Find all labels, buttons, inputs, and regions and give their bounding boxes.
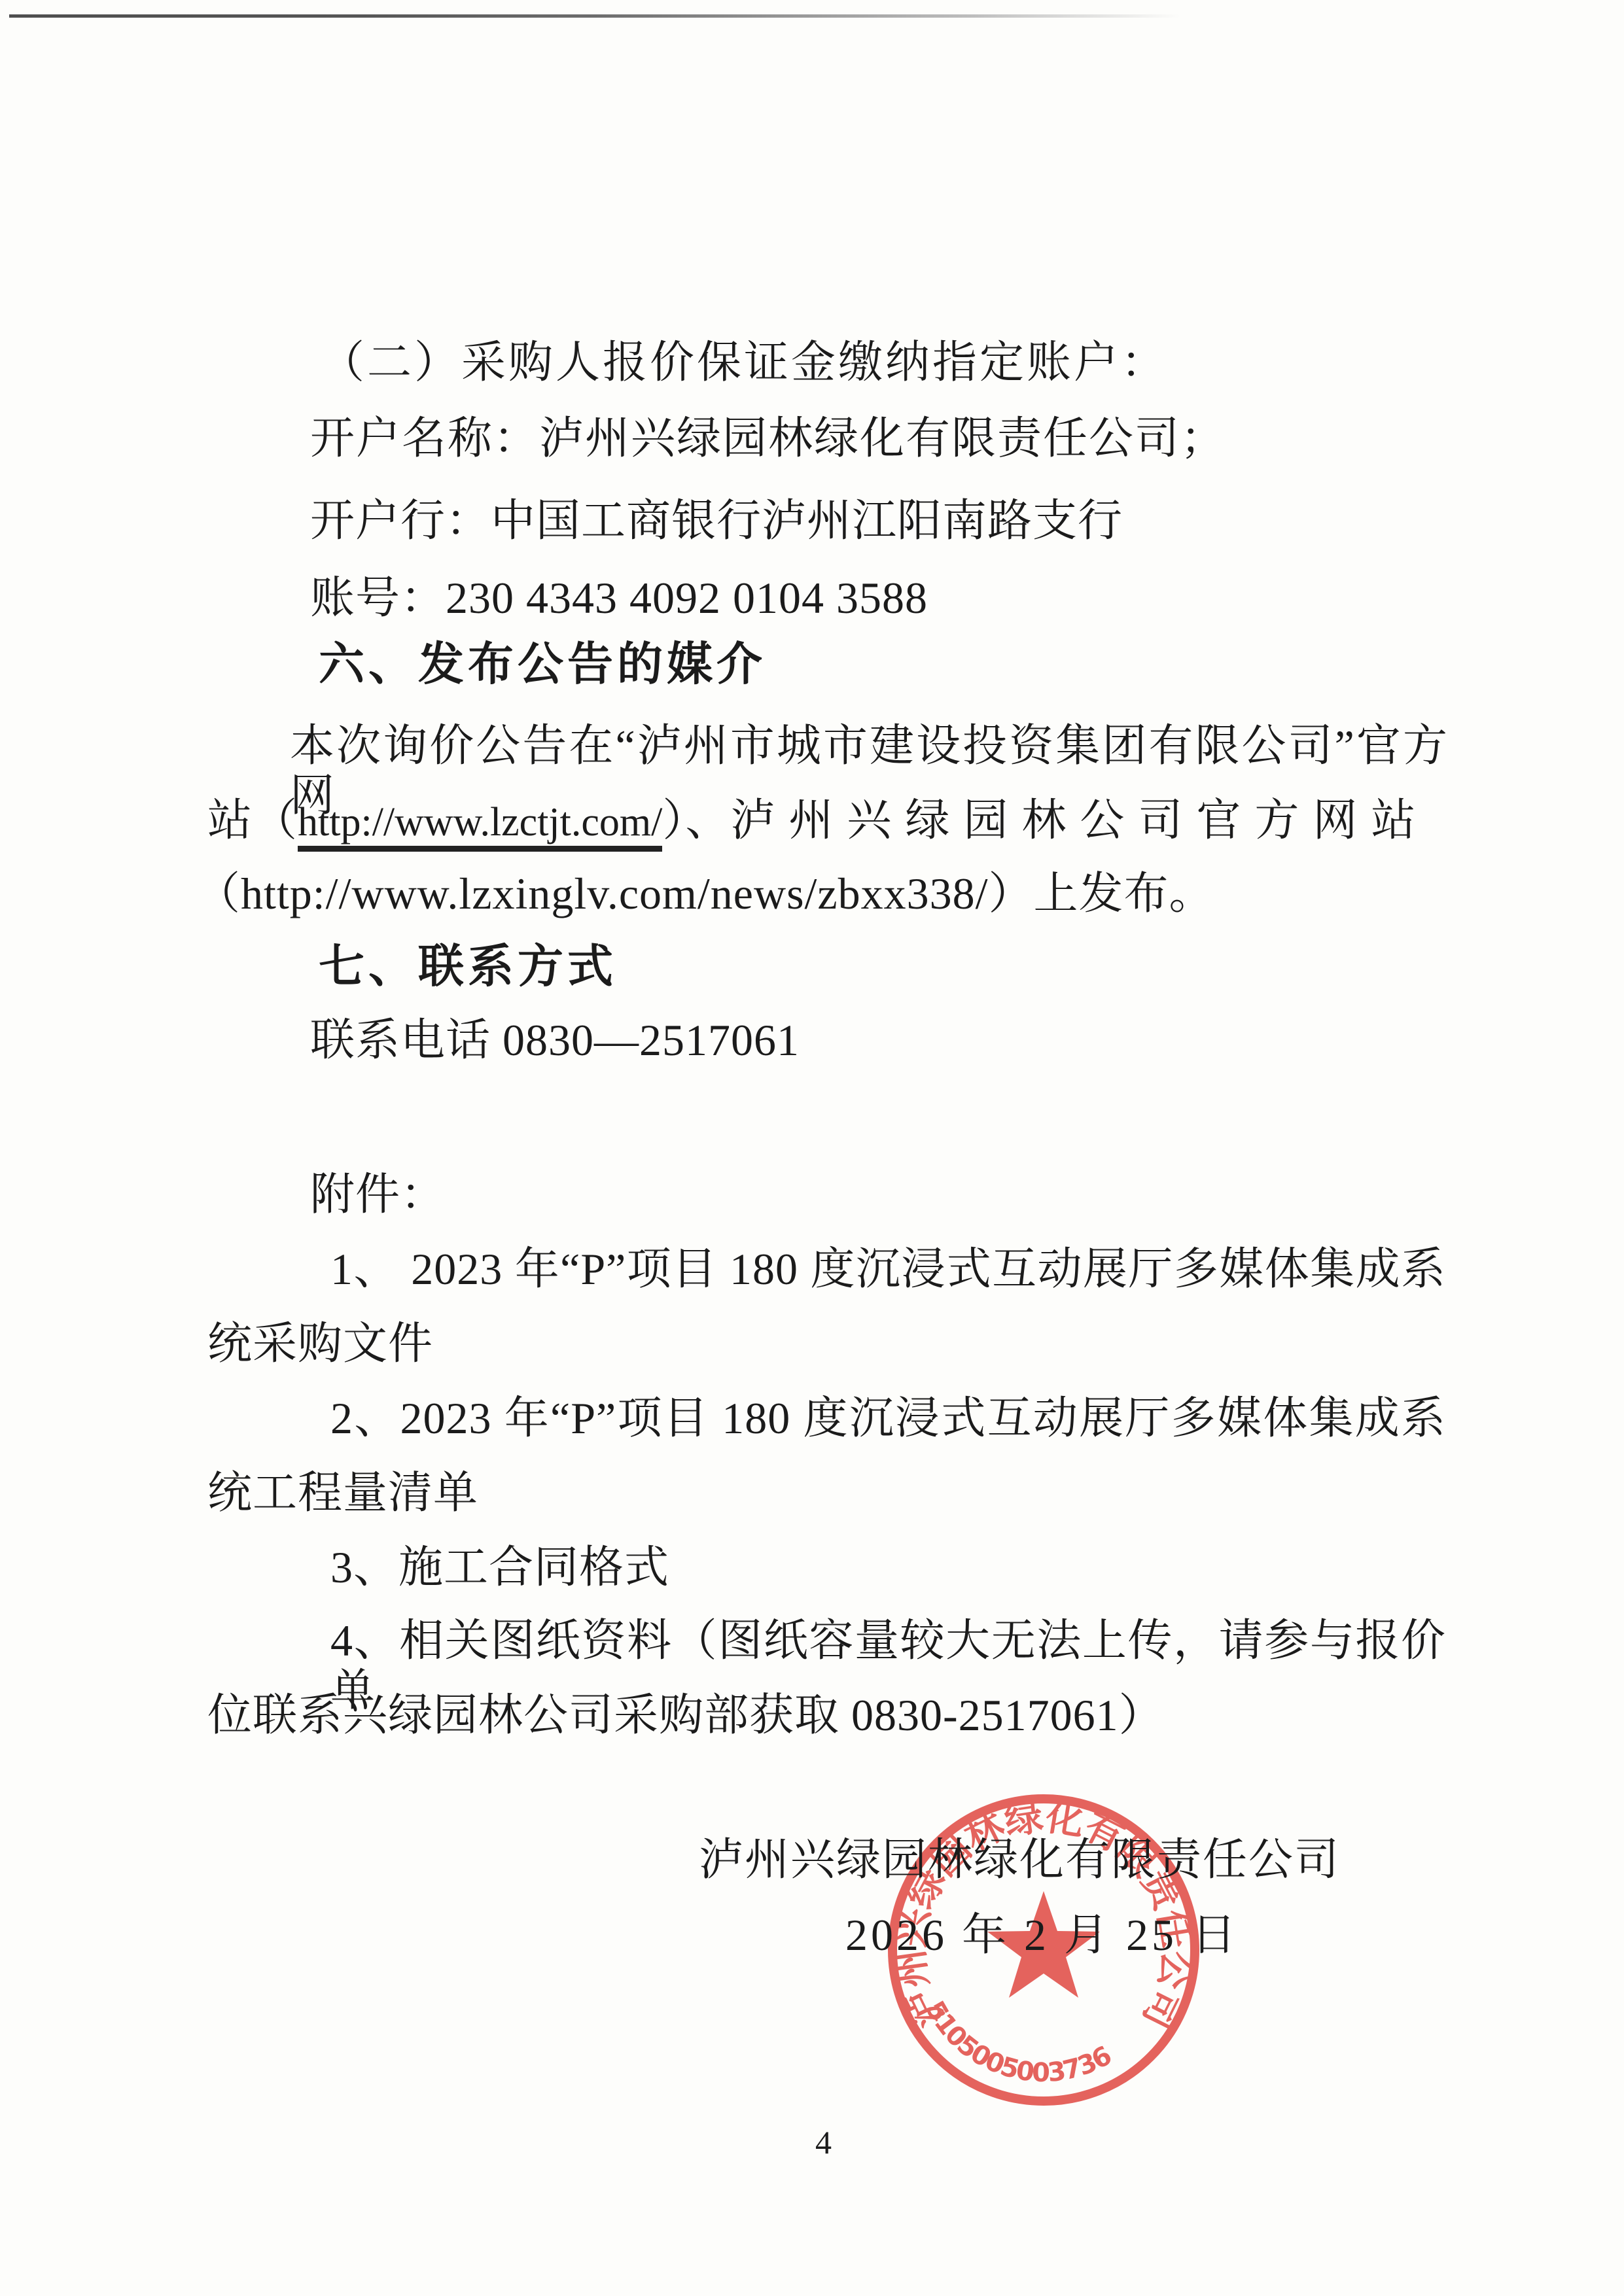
attachment-item3: 3、施工合同格式 — [330, 1542, 669, 1592]
account-name-line: 开户名称：泸州兴绿园林绿化有限责任公司； — [310, 413, 1226, 463]
text-layer: （二）采购人报价保证金缴纳指定账户： 开户名称：泸州兴绿园林绿化有限责任公司； … — [0, 0, 1624, 2296]
document-page: 泸州兴绿园林绿化有限责任公司 5105005003736 （二）采购人报价保证金… — [0, 0, 1624, 2296]
section6-title: 六、发布公告的媒介 — [319, 638, 766, 689]
line2-prefix: 站（ — [207, 795, 298, 845]
contact-phone-line: 联系电话 0830—2517061 — [310, 1015, 800, 1065]
attachment-item2-line1: 2、2023 年“P”项目 180 度沉浸式互动展厅多媒体集成系 — [330, 1393, 1446, 1443]
line2-mid: ）、 — [662, 795, 730, 845]
lzctjt-url: http://www.lzctjt.com/ — [298, 800, 662, 852]
line2-tail: 泸州兴绿园林公司官方网站 — [730, 795, 1429, 845]
page-number: 4 — [815, 2123, 832, 2161]
bank-line: 开户行：中国工商银行泸州江阳南路支行 — [310, 496, 1123, 546]
signature-company: 泸州兴绿园林绿化有限责任公司 — [699, 1835, 1340, 1885]
attachment-item1-line2: 统采购文件 — [207, 1319, 433, 1368]
attachment-item1-line1: 1、 2023 年“P”项目 180 度沉浸式互动展厅多媒体集成系 — [330, 1244, 1446, 1294]
account-number-line: 账号：230 4343 4092 0104 3588 — [310, 573, 928, 623]
section7-title: 七、联系方式 — [319, 941, 617, 992]
attachments-label: 附件： — [310, 1170, 446, 1219]
section6-paragraph-line2: 站（http://www.lzctjt.com/）、泸州兴绿园林公司官方网站 — [207, 795, 1429, 845]
attachment-item2-line2: 统工程量清单 — [207, 1468, 478, 1518]
signature-date: 2026 年 2 月 25 日 — [845, 1910, 1239, 1960]
section6-paragraph-line3: （http://www.lzxinglv.com/news/zbxx338/）上… — [196, 869, 1214, 918]
account-section-header: （二）采购人报价保证金缴纳指定账户： — [320, 338, 1168, 387]
attachment-item4-line2: 位联系兴绿园林公司采购部获取 0830-2517061） — [207, 1690, 1164, 1740]
